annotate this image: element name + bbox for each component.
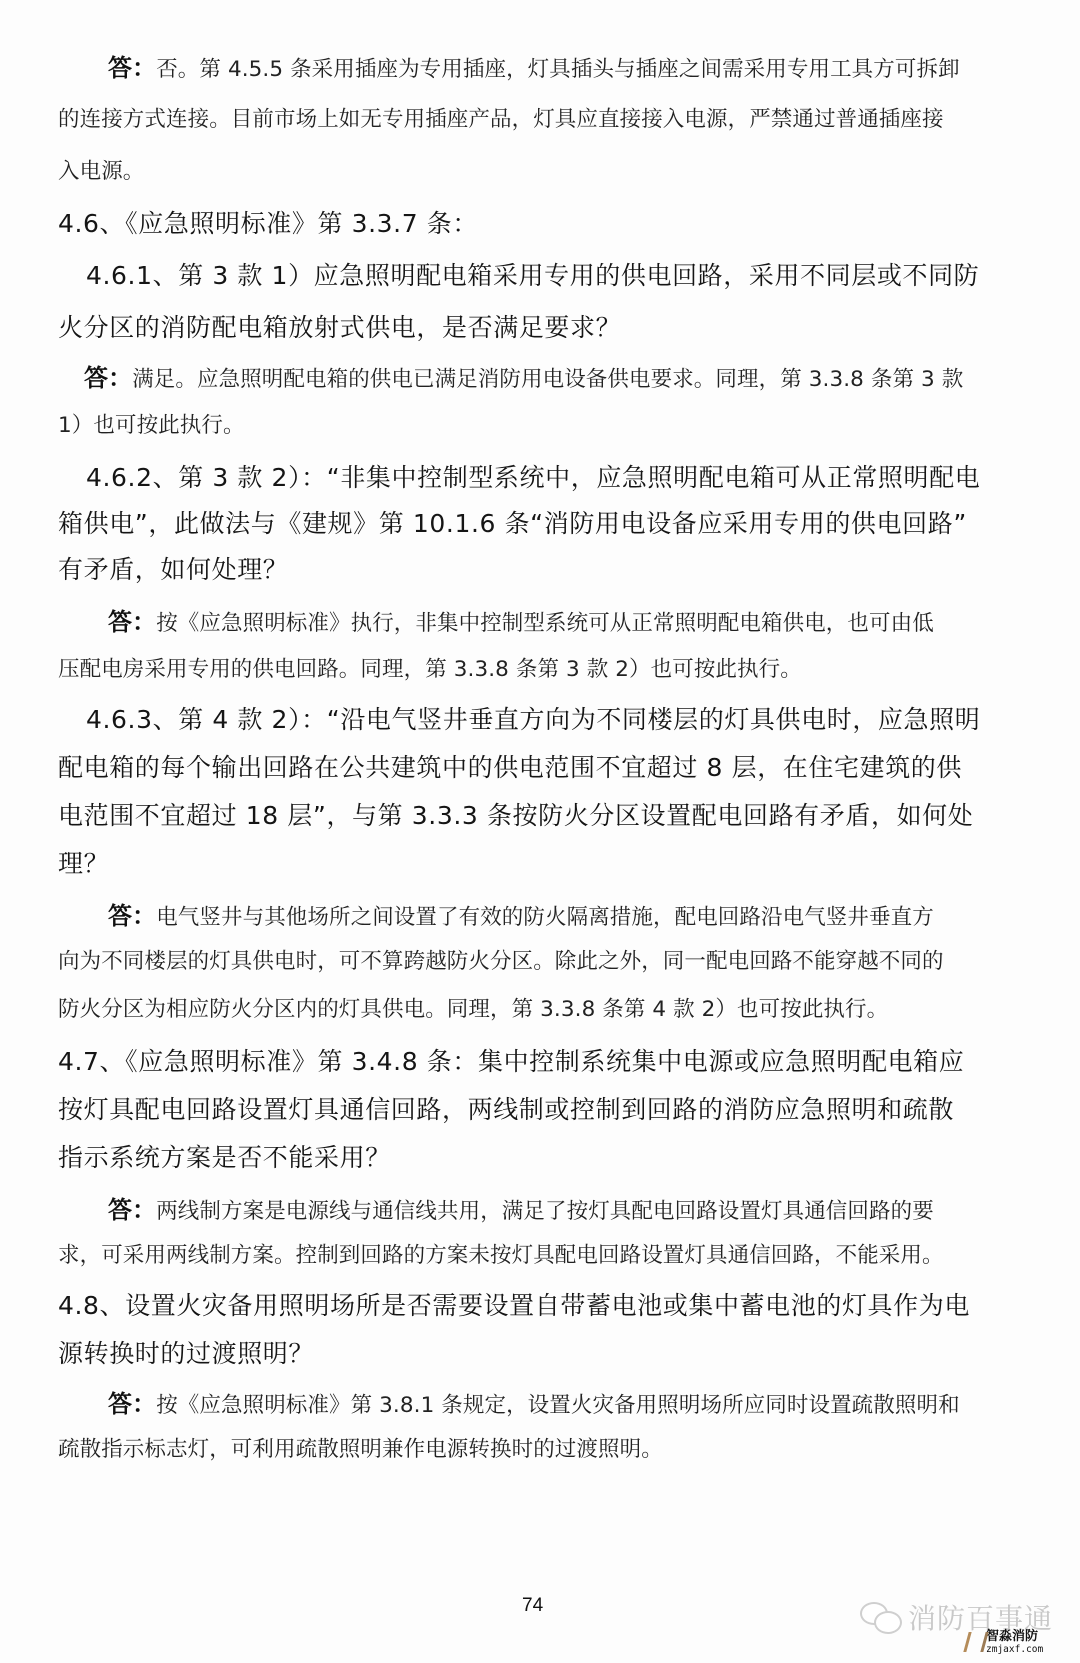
document-page: 答：否。第 4.5.5 条采用插座为专用插座，灯具插头与插座之间需采用专用工具方… [0, 0, 1080, 1663]
answer-line: 求，可采用两线制方案。控制到回路的方案未按灯具配电回路设置灯具通信回路，不能采用… [58, 1238, 944, 1269]
question-line: 箱供电”，此做法与《建规》第 10.1.6 条“消防用电设备应采用专用的供电回路… [58, 504, 967, 540]
answer-line: 入电源。 [58, 154, 144, 185]
answer-text: 两线制方案是电源线与通信线共用，满足了按灯具配电回路设置灯具通信回路的要 [156, 1199, 934, 1224]
question-line: 指示系统方案是否不能采用？ [58, 1138, 391, 1174]
question-line: 火分区的消防配电箱放射式供电，是否满足要求？ [58, 308, 621, 344]
answer-text: 按《应急照明标准》执行，非集中控制型系统可从正常照明配电箱供电，也可由低 [156, 611, 934, 636]
question-line: 按灯具配电回路设置灯具通信回路，两线制或控制到回路的消防应急照明和疏散 [58, 1090, 954, 1126]
question-line: 源转换时的过渡照明？ [58, 1334, 314, 1370]
question-line: 配电箱的每个输出回路在公共建筑中的供电范围不宜超过 8 层，在住宅建筑的供 [58, 748, 962, 784]
logo-name: 智淼消防 [986, 1630, 1043, 1643]
question-line: 有矛盾，如何处理？ [58, 550, 288, 586]
answer-text: 按《应急照明标准》第 3.8.1 条规定，设置火灾备用照明场所应同时设置疏散照明… [156, 1393, 959, 1418]
answer-label: 答： [108, 608, 156, 636]
wechat-icon [860, 1602, 902, 1632]
section-heading: 4.7、《应急照明标准》第 3.4.8 条：集中控制系统集中电源或应急照明配电箱… [58, 1042, 964, 1078]
answer-label: 答： [108, 1196, 156, 1224]
question-line: 电范围不宜超过 18 层”，与第 3.3.3 条按防火分区设置配电回路有矛盾，如… [58, 796, 973, 832]
answer-line: 答：满足。应急照明配电箱的供电已满足消防用电设备供电要求。同理，第 3.3.8 … [84, 358, 963, 393]
answer-label: 答： [108, 1390, 156, 1418]
answer-line: 向为不同楼层的灯具供电时，可不算跨越防火分区。除此之外，同一配电回路不能穿越不同… [58, 944, 944, 975]
zmjaxf-logo-icon [964, 1630, 982, 1654]
answer-text: 满足。应急照明配电箱的供电已满足消防用电设备供电要求。同理，第 3.3.8 条第… [132, 367, 963, 392]
answer-label: 答： [84, 364, 132, 392]
section-heading: 4.8、设置火灾备用照明场所是否需要设置自带蓄电池或集中蓄电池的灯具作为电 [58, 1286, 970, 1322]
answer-line: 防火分区为相应防火分区内的灯具供电。同理，第 3.3.8 条第 4 款 2）也可… [58, 992, 888, 1023]
site-logo: 智淼消防 zmjaxf.com [964, 1630, 1043, 1655]
answer-line: 的连接方式连接。目前市场上如无专用插座产品，灯具应直接接入电源，严禁通过普通插座… [58, 102, 944, 133]
answer-line: 压配电房采用专用的供电回路。同理，第 3.3.8 条第 3 款 2）也可按此执行… [58, 652, 802, 683]
page-number: 74 [522, 1595, 543, 1617]
logo-url: zmjaxf.com [986, 1645, 1043, 1655]
section-heading: 4.6、《应急照明标准》第 3.3.7 条： [58, 204, 478, 240]
answer-line: 答：电气竖井与其他场所之间设置了有效的防火隔离措施，配电回路沿电气竖井垂直方 [108, 896, 934, 931]
question-line: 4.6.1、第 3 款 1）应急照明配电箱采用专用的供电回路，采用不同层或不同防 [86, 256, 979, 292]
answer-label: 答： [108, 902, 156, 930]
answer-line: 1）也可按此执行。 [58, 408, 245, 439]
question-line: 理？ [58, 844, 109, 880]
answer-text: 电气竖井与其他场所之间设置了有效的防火隔离措施，配电回路沿电气竖井垂直方 [156, 905, 934, 930]
question-line: 4.6.2、第 3 款 2）：“非集中控制型系统中，应急照明配电箱可从正常照明配… [86, 458, 980, 494]
answer-line: 答：否。第 4.5.5 条采用插座为专用插座，灯具插头与插座之间需采用专用工具方… [108, 48, 960, 83]
answer-line: 答：按《应急照明标准》第 3.8.1 条规定，设置火灾备用照明场所应同时设置疏散… [108, 1384, 960, 1419]
answer-line: 疏散指示标志灯，可利用疏散照明兼作电源转换时的过渡照明。 [58, 1432, 663, 1463]
answer-label: 答： [108, 54, 156, 82]
question-line: 4.6.3、第 4 款 2）：“沿电气竖井垂直方向为不同楼层的灯具供电时，应急照… [86, 700, 980, 736]
answer-text: 否。第 4.5.5 条采用插座为专用插座，灯具插头与插座之间需采用专用工具方可拆… [156, 57, 959, 82]
answer-line: 答：按《应急照明标准》执行，非集中控制型系统可从正常照明配电箱供电，也可由低 [108, 602, 934, 637]
answer-line: 答：两线制方案是电源线与通信线共用，满足了按灯具配电回路设置灯具通信回路的要 [108, 1190, 934, 1225]
